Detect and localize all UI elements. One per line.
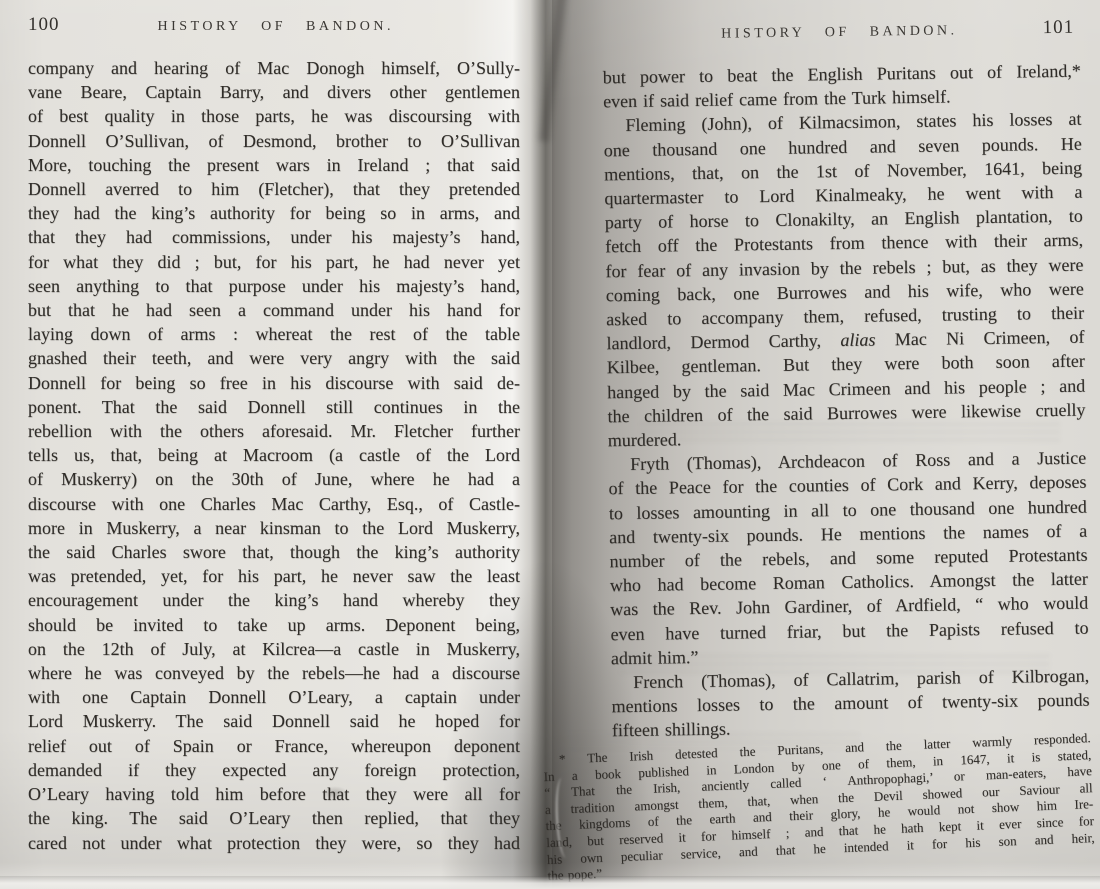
text-line: relief out of Spain or France, whereupon…	[28, 734, 520, 758]
page-number-left: 100	[28, 14, 60, 36]
text-line: but that he had seen a command under his…	[28, 298, 520, 322]
paper-stain	[618, 146, 628, 154]
page-header-left: 100 HISTORY OF BANDON.	[28, 14, 520, 36]
text-line: the said Charles swore that, though the …	[28, 540, 520, 564]
text-line: O’Leary having told him before that they…	[28, 782, 520, 806]
text-line: encouragement under the king’s hand wher…	[28, 588, 520, 612]
text-line: tells us, that, being at Macroom (a cast…	[28, 443, 520, 467]
text-line: seen anything to that purpose under his …	[28, 274, 520, 298]
text-line: that they had commissions, under his maj…	[28, 225, 520, 249]
text-line: vane Beare, Captain Barry, and divers ot…	[28, 80, 520, 104]
text-line: was pretended, yet, for his part, he nev…	[28, 564, 520, 588]
text-line: of best quality in those parts, he was d…	[28, 104, 520, 128]
text-line: cared not under what protection they wer…	[28, 831, 520, 855]
text-line: more in Muskerry, a near kinsman to the …	[28, 516, 520, 540]
text-line: laying down of arms : whereat the rest o…	[28, 322, 520, 346]
running-title-left: HISTORY OF BANDON.	[60, 19, 521, 35]
text-line: ponent. That the said Donnell still cont…	[28, 395, 520, 419]
showthrough-smudge	[640, 418, 1060, 446]
text-line: rebellion with the others aforesaid. Mr.…	[28, 419, 520, 443]
text-line: demanded if they expected any foreign pr…	[28, 758, 520, 782]
text-line: Donnell for being so free in his discour…	[28, 371, 520, 395]
text-line: for what they did ; but, for his part, h…	[28, 250, 520, 274]
page-left: 100 HISTORY OF BANDON. company and heari…	[28, 14, 520, 855]
text-line: with one Captain Donnell O’Leary, a capt…	[28, 685, 520, 709]
body-text-left: company and hearing of Mac Donogh himsel…	[28, 56, 520, 855]
text-line: on the 12th of July, at Kilcrea—a castle…	[28, 637, 520, 661]
text-line: of Muskerry) on the 30th of June, where …	[28, 467, 520, 491]
showthrough-smudge	[620, 650, 1050, 676]
text-line: should be invited to take up arms. Depon…	[28, 613, 520, 637]
paper-stain	[322, 786, 348, 800]
text-line: Lord Muskerry. The said Donnell said he …	[28, 709, 520, 733]
text-line: Donnell averred to him (Fletcher), that …	[28, 177, 520, 201]
text-line: the king. The said O’Leary then replied,…	[28, 806, 520, 830]
text-line: More, touching the present wars in Irela…	[28, 153, 520, 177]
text-line: they had the king’s authority for being …	[28, 201, 520, 225]
text-line: company and hearing of Mac Donogh himsel…	[28, 56, 520, 80]
page-number-right: 101	[1042, 17, 1080, 40]
text-line: discourse with one Charles Mac Carthy, E…	[28, 492, 520, 516]
text-line: where he was conveyed by the rebels—he h…	[28, 661, 520, 685]
text-line: gnashed their teeth, and were very angry…	[28, 346, 520, 370]
book-scan: 100 HISTORY OF BANDON. company and heari…	[0, 0, 1100, 889]
showthrough-smudge	[560, 728, 860, 750]
page-bottom-edge	[0, 876, 1100, 889]
text-line: Donnell O’Sullivan, of Desmond, brother …	[28, 129, 520, 153]
